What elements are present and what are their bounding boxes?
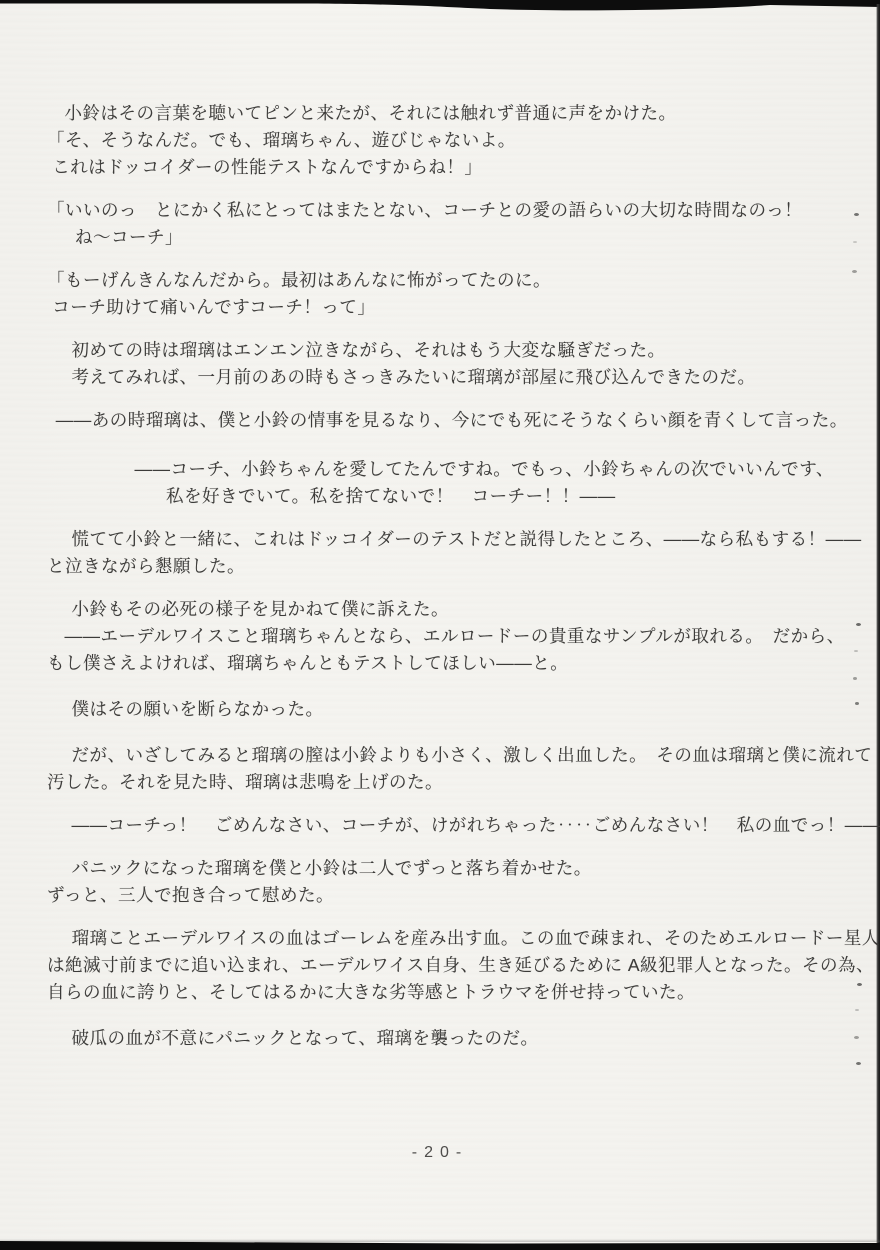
- text-line: 汚した。それを見た時、瑠璃は悲鳴を上げのた。: [47, 769, 842, 796]
- scan-artifact-dot: [856, 623, 861, 626]
- text-line: だが、いざしてみると瑠璃の膣は小鈴よりも小さく、激しく出血した。 その血は瑠璃と…: [47, 742, 842, 769]
- text-line: コーチ助けて痛いんですコーチ！って」: [47, 294, 842, 321]
- scan-artifact-dot: [855, 1009, 859, 1011]
- text-line: パニックになった瑠璃を僕と小鈴は二人でずっと落ち着かせた。: [47, 855, 842, 882]
- text-line: ずっと、三人で抱き合って慰めた。: [47, 882, 842, 909]
- text-line: ――エーデルワイスこと瑠璃ちゃんとなら、エルロードーの貴重なサンプルが取れる。 …: [47, 623, 842, 650]
- text-line: 小鈴もその必死の様子を見かねて僕に訴えた。: [47, 596, 842, 623]
- text-line: 自らの血に誇りと、そしてはるかに大きな劣等感とトラウマを併せ持っていた。: [47, 979, 842, 1006]
- text-line: 初めての時は瑠璃はエンエン泣きながら、それはもう大変な騒ぎだった。: [47, 337, 842, 364]
- text-line: ――コーチ、小鈴ちゃんを愛してたんですね。でもっ、小鈴ちゃんの次でいいんです、: [47, 456, 842, 483]
- scan-artifact-dot: [855, 702, 859, 705]
- text-line: 破瓜の血が不意にパニックとなって、瑠璃を襲ったのだ。: [47, 1025, 842, 1052]
- text-line: 瑠璃ことエーデルワイスの血はゴーレムを産み出す血。この血で疎まれ、そのためエルロ…: [47, 925, 842, 952]
- text-line: 慌てて小鈴と一緒に、これはドッコイダーのテストだと説得したところ、――なら私もす…: [47, 526, 842, 553]
- scan-edge-bottom-shadow: [0, 1239, 880, 1242]
- text-line: 「いいのっ とにかく私にとってはまたとない、コーチとの愛の語らいの大切な時間なの…: [47, 197, 842, 224]
- text-line: もし僕さえよければ、瑠璃ちゃんともテストしてほしい――と。: [47, 650, 842, 677]
- text-line: 僕はその願いを断らなかった。: [47, 696, 842, 723]
- text-line: ――あの時瑠璃は、僕と小鈴の情事を見るなり、今にでも死にそうなくらい顔を青くして…: [47, 407, 842, 434]
- page-number: -20-: [0, 1144, 880, 1162]
- text-line: 私を好きでいて。私を捨てないで！ コーチー！！――: [47, 483, 842, 510]
- scan-artifact-dot: [853, 241, 857, 243]
- text-line: は絶滅寸前までに追い込まれ、エーデルワイス自身、生き延びるために A級犯罪人とな…: [47, 952, 842, 979]
- text-line: 考えてみれば、一月前のあの時もさっきみたいに瑠璃が部屋に飛び込んできたのだ。: [47, 364, 842, 391]
- scan-artifact-dot: [854, 1036, 859, 1039]
- text-line: 「そ、そうなんだ。でも、瑠璃ちゃん、遊びじゃないよ。: [47, 127, 842, 154]
- page-text: 小鈴はその言葉を聴いてピンと来たが、それには触れず普通に声をかけた。「そ、そうな…: [47, 100, 842, 1052]
- scan-artifact-dot: [852, 270, 857, 273]
- scan-artifact-dot: [854, 213, 859, 216]
- scan-artifact-dot: [853, 677, 857, 680]
- text-line: 「もーげんきんなんだから。最初はあんなに怖がってたのに。: [47, 267, 842, 294]
- scan-artifact-dot: [856, 1062, 861, 1065]
- text-line: これはドッコイダーの性能テストなんですからね！」: [47, 154, 842, 181]
- text-line: ――コーチっ！ ごめんなさい、コーチが、けがれちゃった‥‥ごめんなさい！ 私の血…: [47, 812, 842, 839]
- text-line: ね～コーチ」: [47, 224, 842, 251]
- scan-artifact-dot: [857, 983, 862, 986]
- scan-artifact-dot: [854, 650, 858, 652]
- text-line: 小鈴はその言葉を聴いてピンと来たが、それには触れず普通に声をかけた。: [47, 100, 842, 127]
- text-line: と泣きながら懇願した。: [47, 553, 842, 580]
- scan-edge-right: [876, 4, 880, 1250]
